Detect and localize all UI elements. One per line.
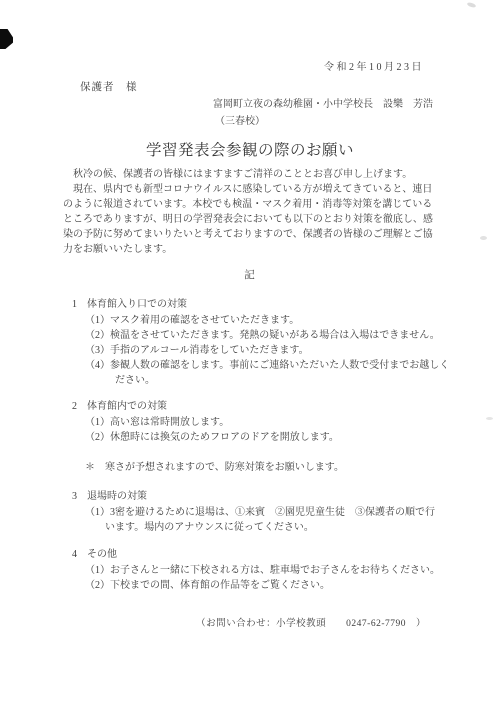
- section-items: （1）マスク着用の確認をさせていただきます。（2）検温をさせていただきます。発熱…: [0, 313, 500, 388]
- note-line: ＊ 寒さが予想されますので、防寒対策をお願いします。: [0, 460, 500, 475]
- sender-name: 富岡町立夜の森幼稚園・小中学校長 設樂 芳浩: [0, 99, 500, 111]
- addressee: 保護者 様: [0, 82, 500, 94]
- section-items: （1）3密を避けるために退場は、①来賓 ②園児児童生徒 ③保護者の順で行 います…: [0, 505, 500, 535]
- section: 3 退場時の対策（1）3密を避けるために退場は、①来賓 ②園児児童生徒 ③保護者…: [0, 490, 500, 535]
- document-page: 令和2年10月23日 保護者 様 富岡町立夜の森幼稚園・小中学校長 設樂 芳浩 …: [0, 0, 500, 707]
- list-item-line: います。場内のアナウンスに従ってください。: [85, 520, 500, 535]
- list-item-line: （2）下校までの間、体育館の作品等をご覧ください。: [85, 578, 500, 593]
- section-heading: 4 その他: [0, 548, 500, 561]
- intro-line: 現在、県内でも新型コロナウイルスに感染している方が増えてきていると、連日: [63, 182, 500, 197]
- sender-campus: （三春校）: [0, 116, 500, 128]
- intro-paragraph: 秋冷の候、保護者の皆様にはますますご清祥のこととお喜び申し上げます。 現在、県内…: [0, 167, 500, 257]
- section: 4 その他（1）お子さんと一緒に下校される方は、駐車場でお子さんをお待ちください…: [0, 548, 500, 593]
- intro-line: 染の予防に努めてまいりたいと考えておりますので、保護者の皆様のご理解とご協: [63, 227, 500, 242]
- section-heading: 2 体育館内での対策: [0, 400, 500, 413]
- list-item-line: （1）お子さんと一緒に下校される方は、駐車場でお子さんをお待ちください。: [85, 563, 500, 578]
- intro-line: のように報道されています。本校でも検温・マスク着用・消毒等対策を講じている: [63, 197, 500, 212]
- document-title: 学習発表会参観の際のお願い: [0, 141, 500, 160]
- list-item-line: ださい。: [85, 373, 500, 388]
- list-item-line: （4）参観人数の確認をします。事前にご連絡いただいた人数で受付までお越しく: [85, 358, 500, 373]
- scan-artifact-corner: [0, 29, 13, 49]
- intro-line: 秋冷の候、保護者の皆様にはますますご清祥のこととお喜び申し上げます。: [63, 167, 500, 182]
- section-heading: 1 体育館入り口での対策: [0, 298, 500, 311]
- list-item-line: （1）3密を避けるために退場は、①来賓 ②園児児童生徒 ③保護者の順で行: [85, 505, 500, 520]
- record-marker: 記: [0, 270, 500, 282]
- scan-speck: [467, 2, 477, 9]
- scan-speck: [486, 417, 493, 420]
- intro-line: ところでありますが、明日の学習発表会においても以下のとおり対策を徹底し、感: [63, 212, 500, 227]
- section-items: （1）お子さんと一緒に下校される方は、駐車場でお子さんをお待ちください。（2）下…: [0, 563, 500, 593]
- sections: 1 体育館入り口での対策（1）マスク着用の確認をさせていただきます。（2）検温を…: [0, 298, 500, 593]
- list-item-line: （2）休憩時には換気のためフロアのドアを開放します。: [85, 430, 500, 445]
- section: 2 体育館内での対策（1）高い窓は常時開放します。（2）休憩時には換気のためフロ…: [0, 400, 500, 475]
- section-heading: 3 退場時の対策: [0, 490, 500, 503]
- scan-speck: [480, 236, 487, 240]
- contact-line: （お問い合わせ：小学校教頭 0247-62-7790 ）: [0, 618, 500, 631]
- section-items: （1）高い窓は常時開放します。（2）休憩時には換気のためフロアのドアを開放します…: [0, 415, 500, 445]
- document-date: 令和2年10月23日: [0, 62, 500, 74]
- intro-line: 力をお願いいたします。: [63, 242, 500, 257]
- list-item-line: （2）検温をさせていただきます。発熱の疑いがある場合は入場はできません。: [85, 328, 500, 343]
- list-item-line: （3）手指のアルコール消毒をしていただきます。: [85, 343, 500, 358]
- list-item-line: （1）マスク着用の確認をさせていただきます。: [85, 313, 500, 328]
- section: 1 体育館入り口での対策（1）マスク着用の確認をさせていただきます。（2）検温を…: [0, 298, 500, 388]
- list-item-line: （1）高い窓は常時開放します。: [85, 415, 500, 430]
